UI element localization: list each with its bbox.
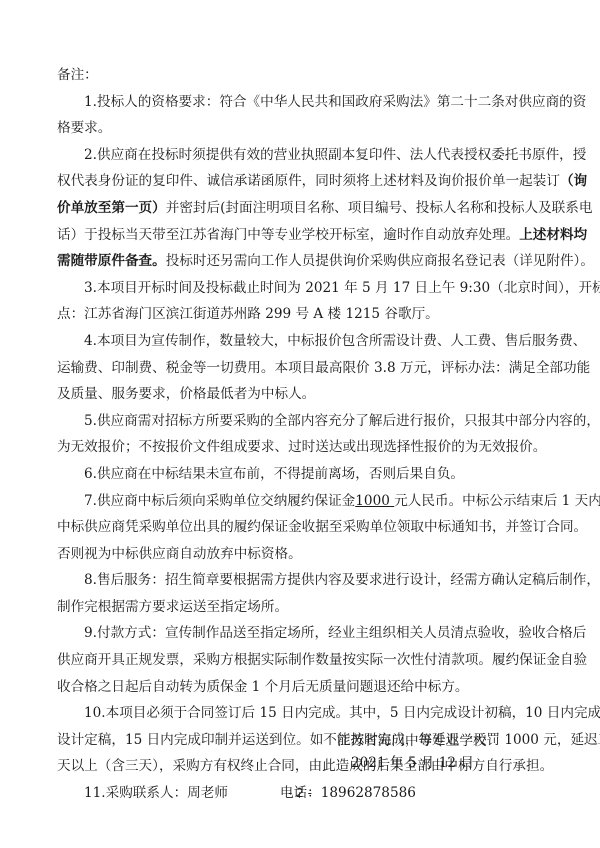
item-8-line-2: 制作完根据需方要求运送至指定场所。: [57, 594, 535, 621]
item-9-line-1: 9.付款方式：宣传制作品送至指定场所，经业主组织相关人员清点验收，验收合格后: [57, 620, 535, 647]
item-9-line-2: 供应商开具正规发票，采购方根据实际制作数量按实际一次性付清款项。履约保证金自验: [57, 647, 535, 674]
item-7-line-3: 否则视为中标供应商自动放弃中标资格。: [57, 541, 535, 568]
deposit-amount: 1000: [355, 493, 390, 509]
item-4-line-1: 4.本项目为宣传制作，数量较大，中标报价包含所需设计费、人工费、售后服务费、: [57, 328, 535, 355]
page-number: - 2 -: [0, 786, 600, 800]
item-4-line-2: 运输费、印制费、税金等一切费用。本项目最高限价 3.8 万元，评标办法：满足全部…: [57, 355, 535, 382]
item-9-line-3: 收合格之日起后自动转为质保金 1 个月后无质量问题退还给中标方。: [57, 674, 535, 701]
item-1-line-1: 1.投标人的资格要求：符合《中华人民共和国政府采购法》第二十二条对供应商的资: [57, 89, 535, 116]
signature-organization: 江苏省海门中等专业学校: [337, 730, 487, 752]
item-2-line-5: 需随带原件备查。投标时还另需向工作人员提供询价采购供应商报名登记表（详见附件）。: [57, 248, 535, 275]
item-3-line-1: 3.本项目开标时间及投标截止时间为 2021 年 5 月 17 日上午 9:30…: [57, 275, 535, 302]
item-6-line-1: 6.供应商在中标结果未宣布前，不得提前离场，否则后果自负。: [57, 461, 535, 488]
notes-heading: 备注：: [57, 62, 535, 89]
item-7-line-2: 中标供应商凭采购单位出具的履约保证金收据至采购单位领取中标通知书，并签订合同。: [57, 514, 535, 541]
item-5-line-2: 为无效报价；不按报价文件组成要求、过时送达或出现选择性报价的为无效报价。: [57, 434, 535, 461]
item-2-line-2: 权代表身份证的复印件、诚信承诺函原件，同时须将上述材料及询价报价单一起装订（询: [57, 168, 535, 195]
item-2-line-4: 话）于投标当天带至江苏省海门中等专业学校开标室，逾时作自动放弃处理。上述材料均: [57, 222, 535, 249]
item-4-line-3: 及质量、服务要求，价格最低者为中标人。: [57, 381, 535, 408]
document-body: 备注： 1.投标人的资格要求：符合《中华人民共和国政府采购法》第二十二条对供应商…: [57, 62, 535, 807]
item-5-line-1: 5.供应商需对招标方所要采购的全部内容充分了解后进行报价，只报其中部分内容的，: [57, 408, 535, 435]
item-8-line-1: 8.售后服务：招生简章要根据需方提供内容及要求进行设计，经需方确认定稿后制作，: [57, 567, 535, 594]
signature-date: 2021 年 5 月 12 日: [351, 752, 474, 774]
item-2-line-3: 价单放至第一页）并密封后(封面注明项目名称、项目编号、投标人名称和投标人及联系电: [57, 195, 535, 222]
item-10-line-1: 10.本项目必须于合同签订后 15 日内完成。其中，5 日内完成设计初稿，10 …: [57, 700, 535, 727]
item-7-line-1: 7.供应商中标后须向采购单位交纳履约保证金1000 元人民币。中标公示结束后 1…: [57, 488, 535, 515]
item-3-line-2: 点：江苏省海门区滨江街道苏州路 299 号 A 楼 1215 谷歌厅。: [57, 301, 535, 328]
item-2-line-1: 2.供应商在投标时须提供有效的营业执照副本复印件、法人代表授权委托书原件，授: [57, 142, 535, 169]
item-1-line-2: 格要求。: [57, 115, 535, 142]
